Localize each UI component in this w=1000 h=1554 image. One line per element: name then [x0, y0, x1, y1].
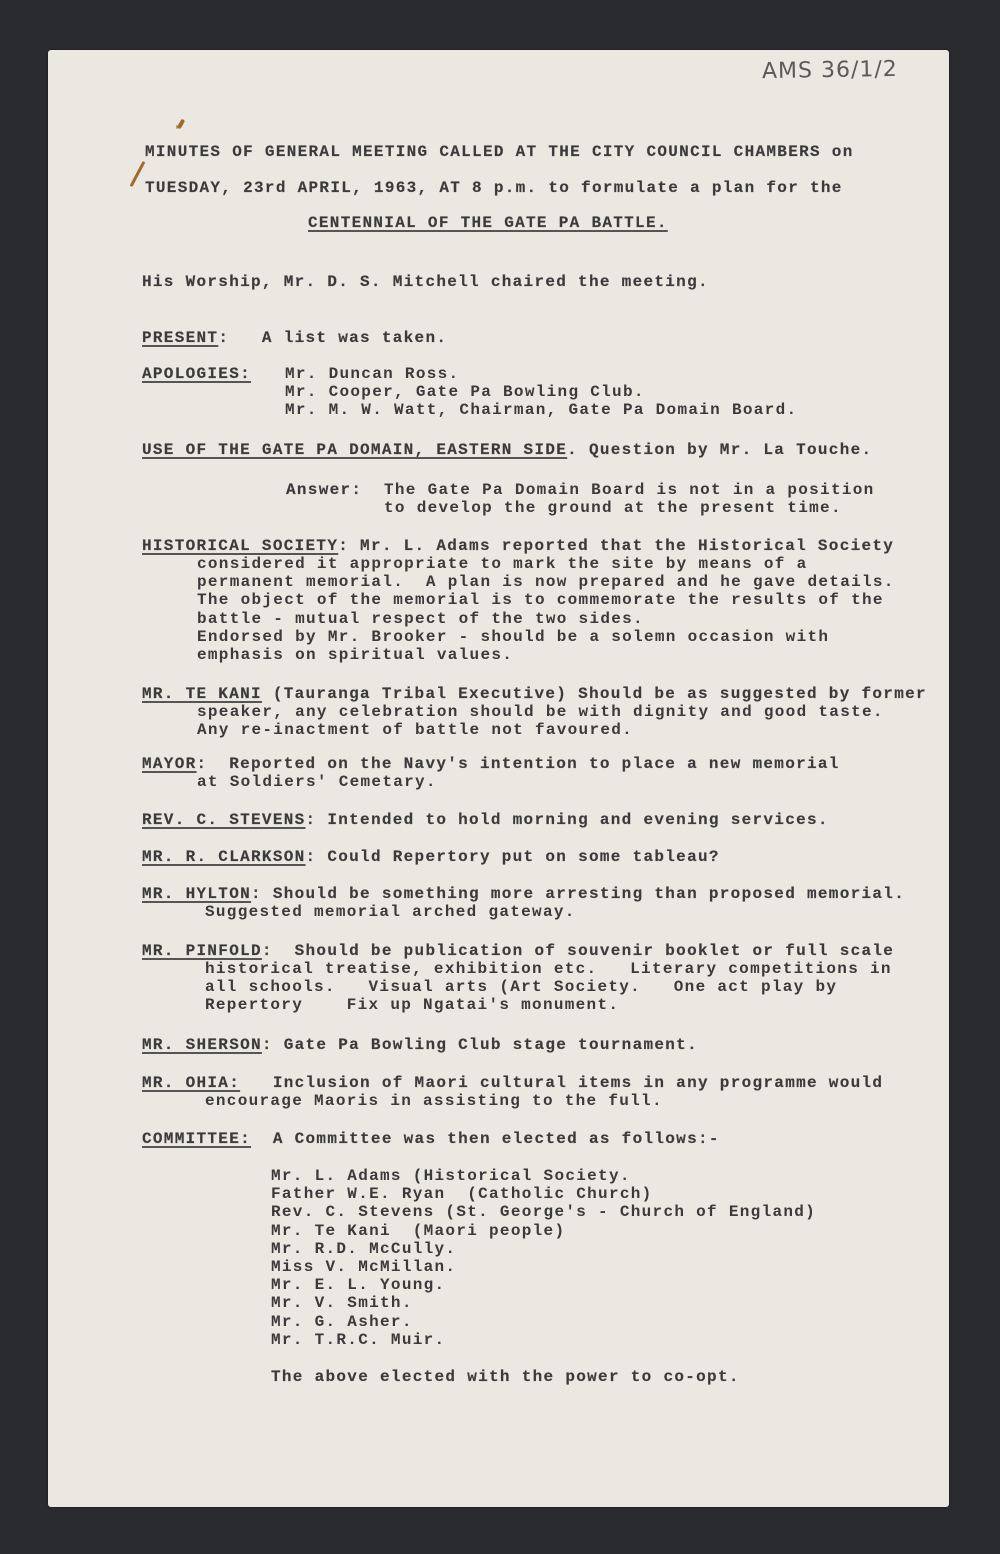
text-line: speaker, any celebration should be with …	[197, 703, 884, 721]
mayor-section: MAYOR: Reported on the Navy's intention …	[142, 755, 840, 773]
ohia-body: encourage Maoris in assisting to the ful…	[205, 1092, 663, 1110]
committee-member: Mr. G. Asher.	[271, 1313, 816, 1331]
ohia-text: Inclusion of Maori cultural items in any…	[240, 1074, 883, 1092]
mayor-body: at Soldiers' Cemetary.	[197, 773, 437, 791]
hylton-text: : Should be something more arresting tha…	[251, 885, 905, 903]
historical-society-text: : Mr. L. Adams reported that the Histori…	[338, 537, 894, 555]
stevens-section: REV. C. STEVENS: Intended to hold mornin…	[142, 811, 829, 829]
text-line: encourage Maoris in assisting to the ful…	[205, 1092, 663, 1110]
rust-mark	[176, 125, 178, 129]
sherson-label: MR. SHERSON	[142, 1036, 262, 1054]
committee-closing: The above elected with the power to co-o…	[271, 1368, 740, 1386]
pinfold-section: MR. PINFOLD: Should be publication of so…	[142, 942, 894, 960]
clarkson-label: MR. R. CLARKSON	[142, 848, 306, 866]
pinfold-text: : Should be publication of souvenir book…	[262, 942, 894, 960]
text-line: Repertory Fix up Ngatai's monument.	[205, 996, 892, 1014]
present-label: PRESENT	[142, 329, 218, 347]
apology-item: Mr. Cooper, Gate Pa Bowling Club.	[285, 383, 797, 401]
present-text: : A list was taken.	[218, 329, 447, 347]
committee-member: Mr. R.D. McCully.	[271, 1240, 816, 1258]
te-kani-body: speaker, any celebration should be with …	[197, 703, 884, 739]
mayor-label: MAYOR	[142, 755, 197, 773]
apologies-label: APOLOGIES:	[142, 365, 251, 383]
committee-member: Mr. T.R.C. Muir.	[271, 1331, 816, 1349]
mayor-text: : Reported on the Navy's intention to pl…	[197, 755, 840, 773]
text-line: Any re-inactment of battle not favoured.	[197, 721, 884, 739]
sherson-text: : Gate Pa Bowling Club stage tournament.	[262, 1036, 698, 1054]
text-line: considered it appropriate to mark the si…	[197, 555, 895, 573]
text-line: Endorsed by Mr. Brooker - should be a so…	[197, 628, 895, 646]
hylton-body: Suggested memorial arched gateway.	[205, 903, 576, 921]
historical-society-section: HISTORICAL SOCIETY: Mr. L. Adams reporte…	[142, 537, 894, 555]
te-kani-label: MR. TE KANI	[142, 685, 262, 703]
committee-member: Miss V. McMillan.	[271, 1258, 816, 1276]
answer-line: The Gate Pa Domain Board is not in a pos…	[384, 481, 875, 499]
header-line-2: TUESDAY, 23rd APRIL, 1963, AT 8 p.m. to …	[145, 179, 843, 197]
apology-item: Mr. Duncan Ross.	[285, 365, 797, 383]
clarkson-section: MR. R. CLARKSON: Could Repertory put on …	[142, 848, 720, 866]
text-line: historical treatise, exhibition etc. Lit…	[205, 960, 892, 978]
domain-use-text: . Question by Mr. La Touche.	[567, 441, 872, 459]
sherson-section: MR. SHERSON: Gate Pa Bowling Club stage …	[142, 1036, 698, 1054]
clarkson-text: : Could Repertory put on some tableau?	[306, 848, 720, 866]
header-line-1: MINUTES OF GENERAL MEETING CALLED AT THE…	[145, 143, 854, 161]
hylton-section: MR. HYLTON: Should be something more arr…	[142, 885, 905, 903]
stevens-label: REV. C. STEVENS	[142, 811, 306, 829]
document-title: CENTENNIAL OF THE GATE PA BATTLE.	[308, 214, 668, 232]
historical-society-label: HISTORICAL SOCIETY	[142, 537, 338, 555]
ohia-label: MR. OHIA:	[142, 1074, 240, 1092]
apologies-list: Mr. Duncan Ross. Mr. Cooper, Gate Pa Bow…	[285, 365, 797, 420]
chair-statement: His Worship, Mr. D. S. Mitchell chaired …	[142, 273, 709, 291]
answer-line: to develop the ground at the present tim…	[384, 499, 875, 517]
text-line: battle - mutual respect of the two sides…	[197, 610, 895, 628]
archive-reference: AMS 36/1/2	[762, 57, 898, 84]
committee-label: COMMITTEE:	[142, 1130, 251, 1148]
domain-use-label: USE OF THE GATE PA DOMAIN, EASTERN SIDE	[142, 441, 567, 459]
text-line: The object of the memorial is to commemo…	[197, 591, 895, 609]
committee-section: COMMITTEE: A Committee was then elected …	[142, 1130, 720, 1148]
te-kani-text: (Tauranga Tribal Executive) Should be as…	[262, 685, 927, 703]
domain-use-section: USE OF THE GATE PA DOMAIN, EASTERN SIDE.…	[142, 441, 872, 459]
historical-society-body: considered it appropriate to mark the si…	[197, 555, 895, 664]
pinfold-body: historical treatise, exhibition etc. Lit…	[205, 960, 892, 1015]
hylton-label: MR. HYLTON	[142, 885, 251, 903]
committee-member: Mr. L. Adams (Historical Society.	[271, 1167, 816, 1185]
apology-item: Mr. M. W. Watt, Chairman, Gate Pa Domain…	[285, 401, 797, 419]
answer-text: The Gate Pa Domain Board is not in a pos…	[384, 481, 875, 517]
committee-member: Mr. Te Kani (Maori people)	[271, 1222, 816, 1240]
text-line: at Soldiers' Cemetary.	[197, 773, 437, 791]
committee-member: Mr. E. L. Young.	[271, 1276, 816, 1294]
text-line: permanent memorial. A plan is now prepar…	[197, 573, 895, 591]
present-section: PRESENT: A list was taken.	[142, 329, 447, 347]
te-kani-section: MR. TE KANI (Tauranga Tribal Executive) …	[142, 685, 927, 703]
stevens-text: : Intended to hold morning and evening s…	[306, 811, 829, 829]
committee-members: Mr. L. Adams (Historical Society. Father…	[271, 1167, 816, 1349]
committee-member: Mr. V. Smith.	[271, 1294, 816, 1312]
text-line: all schools. Visual arts (Art Society. O…	[205, 978, 892, 996]
committee-member: Father W.E. Ryan (Catholic Church)	[271, 1185, 816, 1203]
answer-label: Answer:	[286, 481, 362, 499]
ohia-section: MR. OHIA: Inclusion of Maori cultural it…	[142, 1074, 883, 1092]
pinfold-label: MR. PINFOLD	[142, 942, 262, 960]
committee-text: A Committee was then elected as follows:…	[251, 1130, 720, 1148]
text-line: emphasis on spiritual values.	[197, 646, 895, 664]
text-line: Suggested memorial arched gateway.	[205, 903, 576, 921]
committee-member: Rev. C. Stevens (St. George's - Church o…	[271, 1203, 816, 1221]
